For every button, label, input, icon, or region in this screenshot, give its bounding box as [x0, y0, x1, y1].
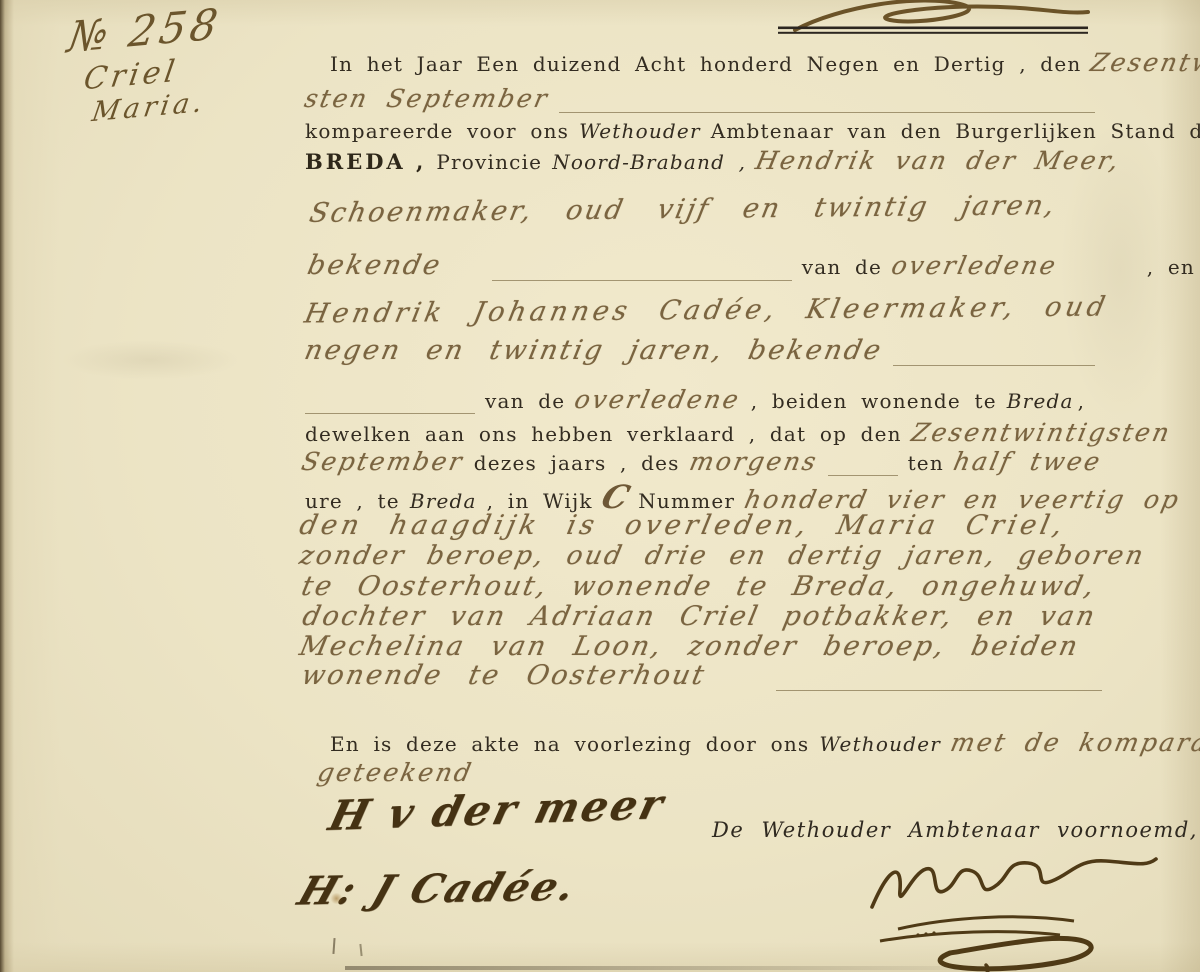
handwritten-text: Hendrik Johannes Cadée, Kleermaker, oud: [302, 291, 1112, 329]
next-entry-rule: [345, 966, 1025, 970]
handwritten-text: met de komparanten: [948, 728, 1200, 757]
official-caption: De Wethouder Ambtenaar voornoemd,: [712, 818, 1198, 842]
document-line: BREDA , Provincie Noord-Braband , Hendri…: [305, 146, 1121, 175]
printed-text: kompareerde voor ons: [305, 119, 569, 143]
printed-text: van de: [485, 389, 565, 413]
handwritten-text: Zesentwintig-: [1088, 48, 1200, 77]
printed-text: Wethouder: [579, 119, 701, 143]
ink-speck: [359, 944, 362, 956]
handwritten-text: Zesentwintigsten: [909, 418, 1174, 447]
signature-declarant-2: H: J Cadée.: [292, 863, 585, 914]
blank-rule: [828, 471, 898, 476]
handwritten-text: wonende te Oosterhout: [299, 660, 709, 691]
document-line: te Oosterhout, wonende te Breda, ongehuw…: [302, 571, 1096, 602]
document-line: sten September: [305, 84, 1095, 113]
handwritten-text: geteekend: [315, 758, 476, 787]
printed-text: ,: [1078, 389, 1086, 413]
blank-rule: [776, 686, 1102, 691]
document-line: bekende van de overledene , en: [308, 250, 1195, 281]
document-line: In het Jaar Een duizend Acht honderd Neg…: [330, 48, 1195, 77]
printed-text: In het Jaar Een duizend Acht honderd Neg…: [330, 52, 1081, 76]
document-line: dochter van Adriaan Criel potbakker, en …: [303, 601, 1096, 632]
document-line: wonende te Oosterhout: [302, 660, 1102, 691]
handwritten-text: bekende: [305, 250, 445, 281]
handwritten-text: negen en twintig jaren, bekende: [302, 335, 886, 366]
handwritten-text: half twee: [951, 447, 1105, 476]
document-line: zonder beroep, oud drie en dertig jaren,…: [300, 541, 1145, 571]
handwritten-text: te Oosterhout, wonende te Breda, ongehuw…: [299, 571, 1099, 602]
printed-text: BREDA ,: [305, 149, 426, 174]
handwritten-text: overledene: [572, 385, 744, 414]
handwritten-text: zonder beroep, oud drie en dertig jaren,…: [297, 541, 1148, 571]
handwritten-text: Schoenmaker, oud vijf en twintig jaren,: [307, 190, 1059, 229]
document-line: En is deze akte na voorlezing door ons W…: [330, 728, 1200, 757]
document-line: Schoenmaker, oud vijf en twintig jaren,: [310, 190, 1057, 229]
handwritten-text: Mechelina van Loon, zonder beroep, beide…: [297, 631, 1083, 662]
document-line: kompareerde voor ons Wethouder Ambtenaar…: [305, 119, 1200, 143]
blank-rule: [893, 361, 1095, 366]
blank-rule: [559, 108, 1095, 113]
bleed-through-stain: [60, 340, 240, 380]
death-record-page: № 258 Criel Maria. In het Jaar Een duize…: [0, 0, 1200, 972]
document-line: van de overledene , beiden wonende te Br…: [305, 385, 1105, 414]
document-line: dewelken aan ons hebben verklaard , dat …: [305, 418, 1171, 447]
printed-text: Ambtenaar van den Burgerlijken Stand der…: [711, 119, 1200, 143]
document-line: Mechelina van Loon, zonder beroep, beide…: [300, 631, 1079, 662]
handwritten-text: morgens: [687, 447, 821, 476]
handwritten-text: den haagdijk is overleden, Maria Criel,: [297, 510, 1069, 541]
blank-rule: [492, 276, 792, 281]
record-number: № 258: [64, 0, 225, 62]
handwritten-text: Hendrik van der Meer,: [753, 146, 1124, 175]
blank-rule: [305, 409, 475, 414]
printed-text: dezes jaars , des: [474, 451, 680, 475]
document-line: negen en twintig jaren, bekende: [305, 335, 1095, 366]
previous-entry-flourish: [770, 0, 1110, 44]
handwritten-text: dochter van Adriaan Criel potbakker, en …: [300, 601, 1100, 632]
handwritten-text: sten September: [302, 84, 552, 113]
document-line: geteekend: [318, 758, 473, 787]
document-line: Hendrik Johannes Cadée, Kleermaker, oud: [305, 291, 1109, 329]
ink-speck: [332, 938, 335, 954]
printed-text: , beiden wonende te: [751, 389, 997, 413]
official-signature: [860, 845, 1170, 970]
printed-text: dewelken aan ons hebben verklaard , dat …: [305, 422, 902, 446]
printed-text: Breda: [1007, 389, 1074, 413]
printed-text: Provincie: [436, 150, 542, 174]
handwritten-text: overledene: [889, 251, 1061, 280]
printed-text: van de: [802, 255, 882, 279]
printed-text: , en: [1147, 255, 1195, 279]
document-line: September dezes jaars , des morgens ten …: [302, 447, 1195, 476]
printed-text: En is deze akte na voorlezing door ons: [330, 732, 809, 756]
signature-declarant-1: H v der meer: [324, 780, 671, 840]
section-divider-rule: [778, 27, 1088, 30]
printed-text: Noord-Braband ,: [552, 150, 746, 174]
document-line: den haagdijk is overleden, Maria Criel,: [300, 510, 1066, 541]
handwritten-text: September: [299, 447, 467, 476]
printed-text: Wethouder: [819, 732, 941, 756]
printed-text: ten: [908, 451, 944, 475]
